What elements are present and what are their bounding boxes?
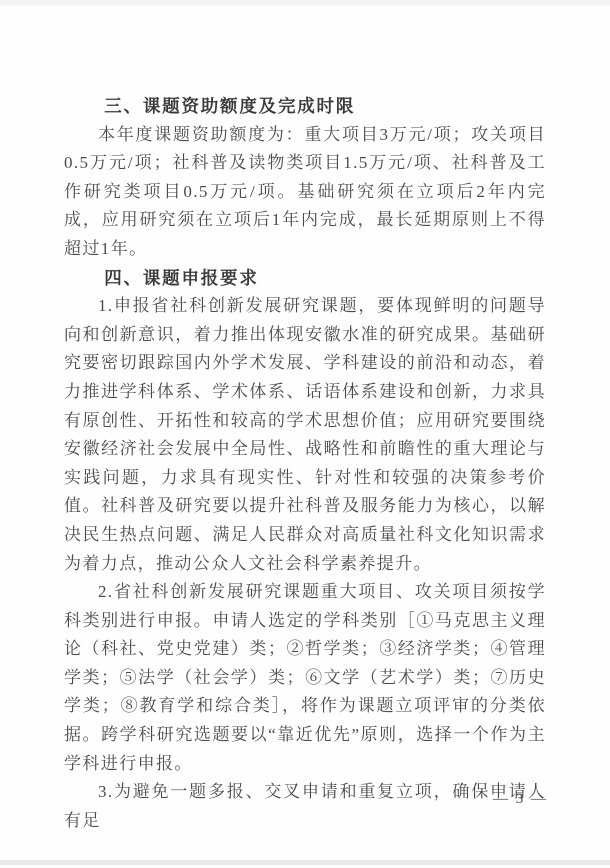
- scan-edge-top: [0, 0, 610, 6]
- page-number: — 3 —: [493, 791, 548, 808]
- section-heading-funding: 三、课题资助额度及完成时限: [64, 92, 546, 121]
- document-body: 三、课题资助额度及完成时限 本年度课题资助额度为：重大项目3万元/项；攻关项目0…: [64, 92, 546, 835]
- paragraph-requirement-3-partial: 3.为避免一题多报、交叉申请和重复立项，确保申请人有足: [64, 778, 546, 835]
- paragraph-requirement-2: 2.省社科创新发展研究课题重大项目、攻关项目须按学科类别进行申报。申请人选定的学…: [64, 578, 546, 778]
- scan-edge-bottom: [0, 860, 610, 865]
- document-page: 三、课题资助额度及完成时限 本年度课题资助额度为：重大项目3万元/项；攻关项目0…: [0, 0, 610, 868]
- paragraph-funding-amounts: 本年度课题资助额度为：重大项目3万元/项；攻关项目0.5万元/项；社科普及读物类…: [64, 121, 546, 264]
- paragraph-requirement-1: 1.申报省社科创新发展研究课题，要体现鲜明的问题导向和创新意识，着力推出体现安徽…: [64, 292, 546, 578]
- section-heading-application-requirements: 四、课题申报要求: [64, 264, 546, 293]
